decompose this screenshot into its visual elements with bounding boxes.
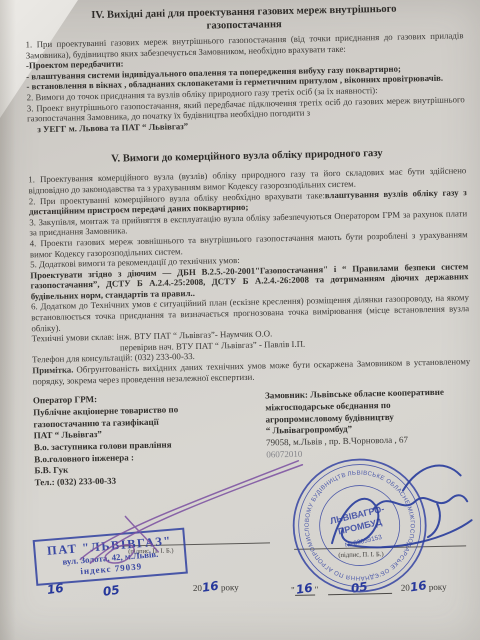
document-page: IV. Вихідні дані для проектування газови… bbox=[0, 0, 480, 640]
photographed-document: IV. Вихідні дані для проектування газови… bbox=[0, 0, 480, 640]
customer-pen-signature bbox=[0, 0, 480, 640]
